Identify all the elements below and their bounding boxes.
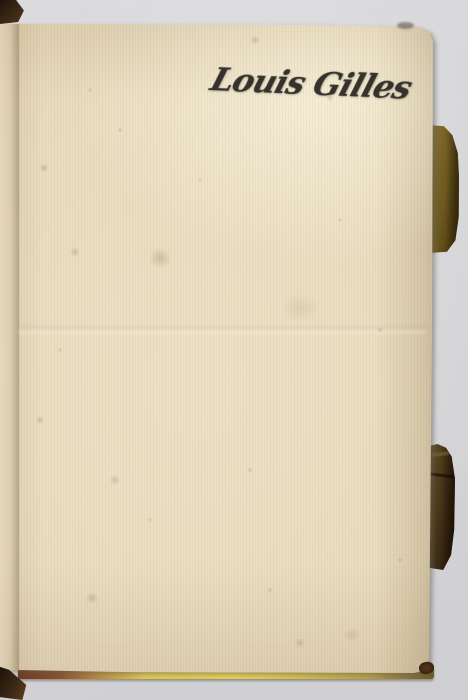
flyleaf-surface [0, 20, 436, 682]
edge-smudge-top [397, 22, 414, 29]
foxing-stains [0, 20, 436, 682]
book-photo: Louis Gilles [0, 0, 468, 700]
flyleaf-page [0, 20, 436, 682]
